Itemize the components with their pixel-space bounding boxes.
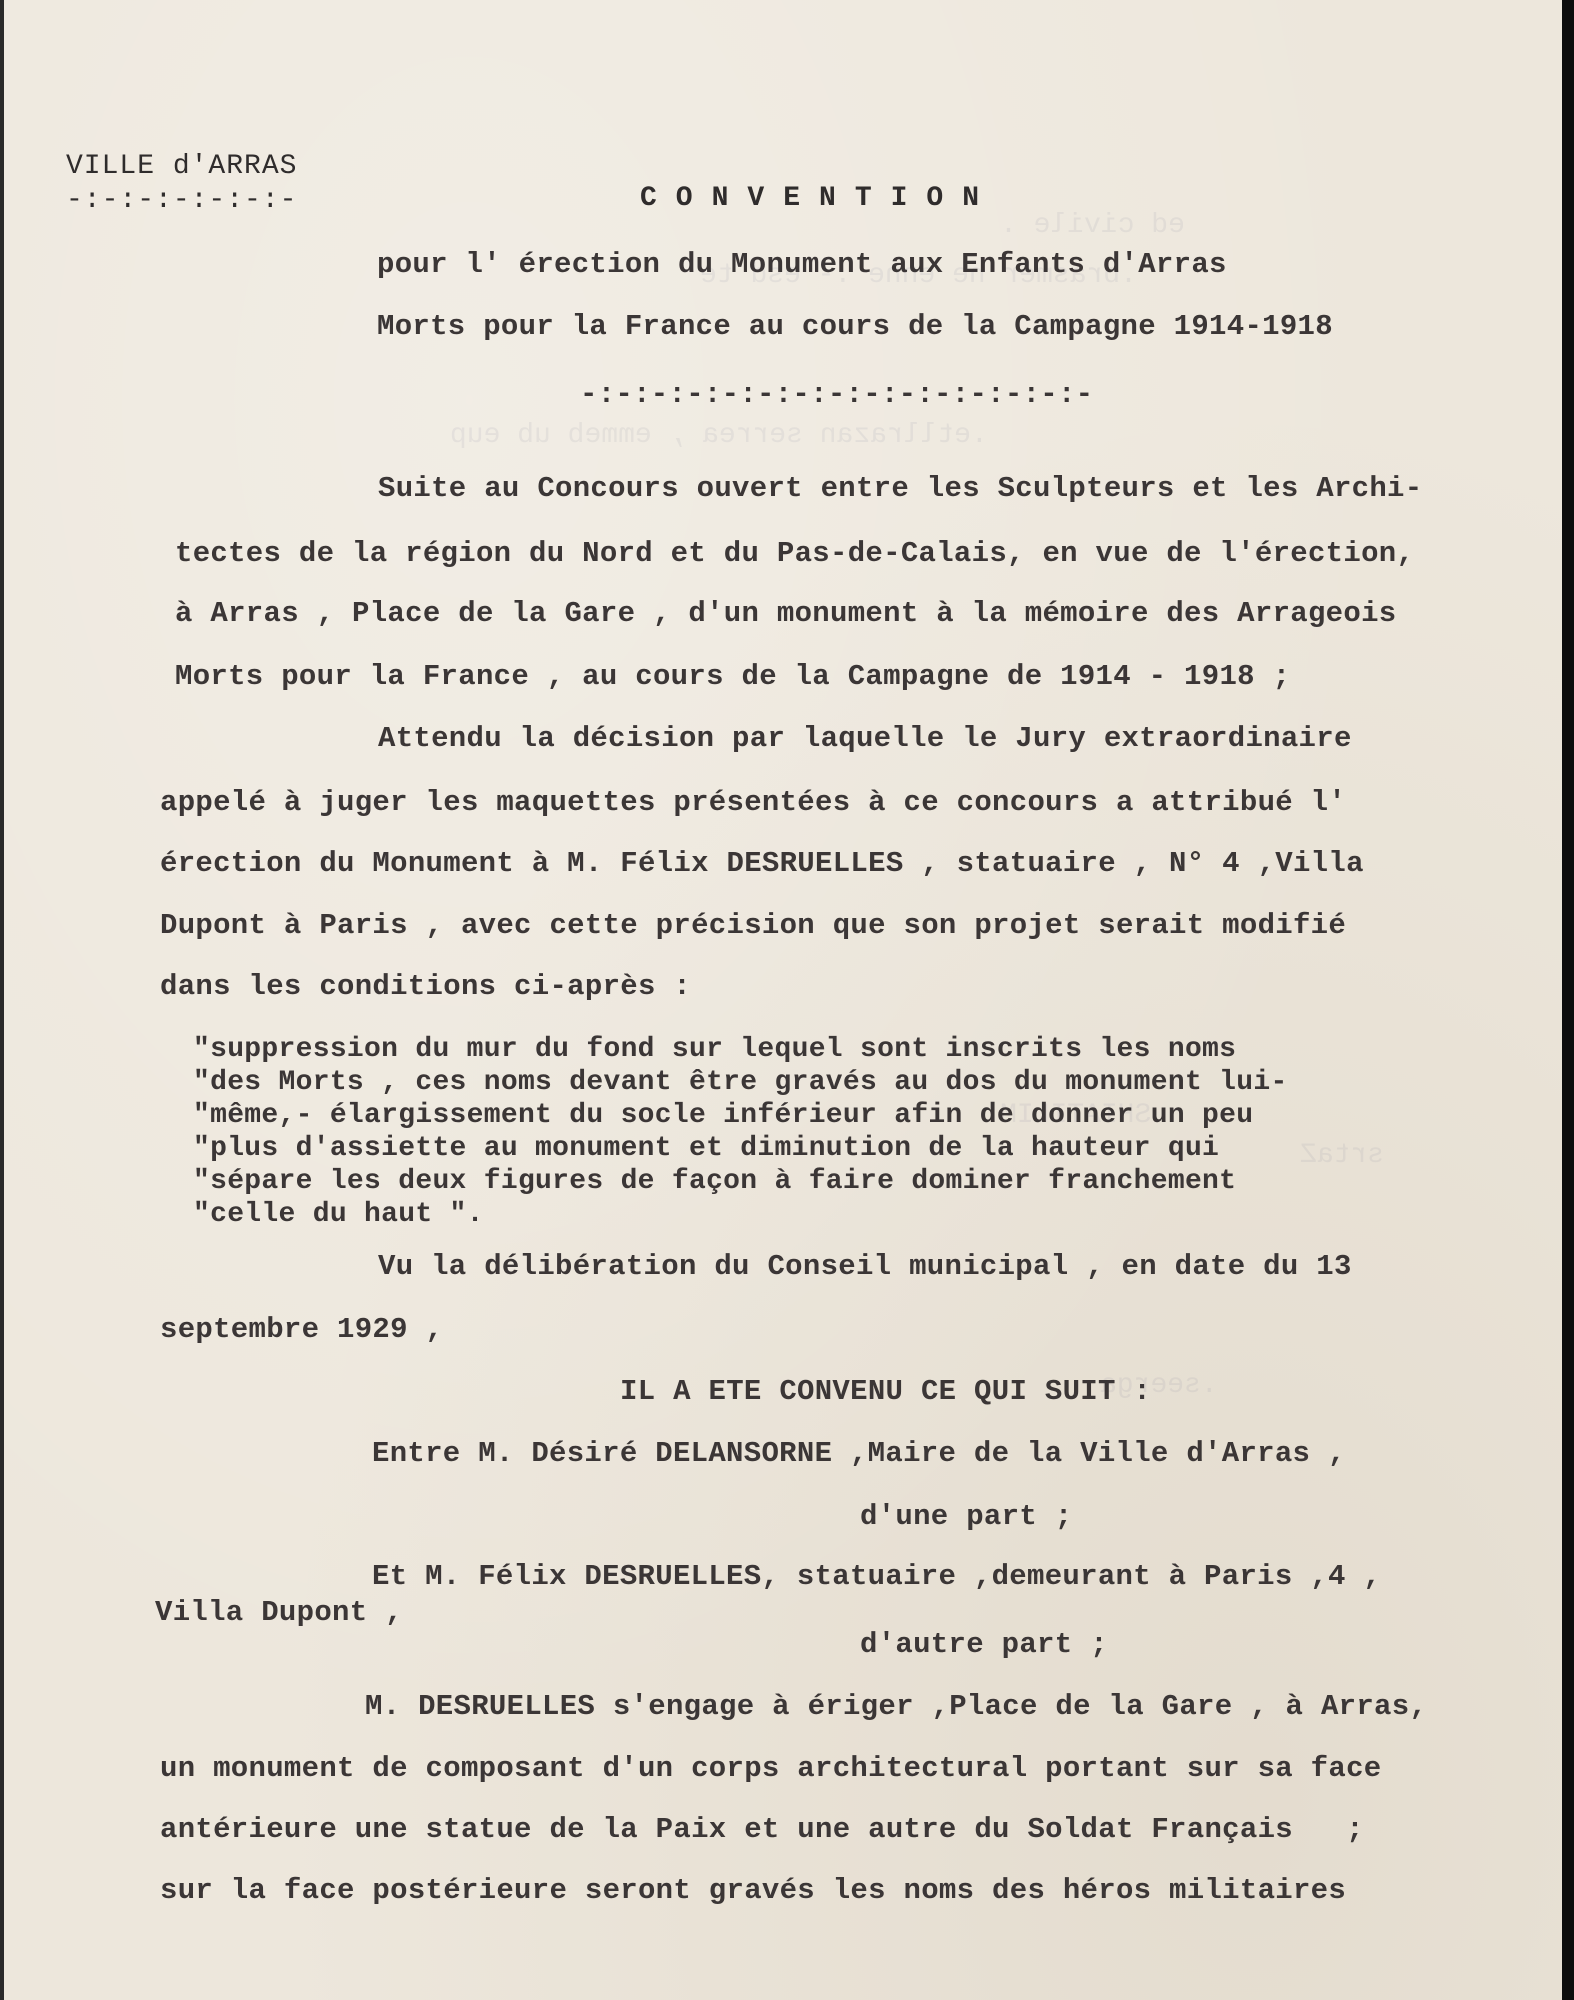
paragraph-4-line: sur la face postérieure seront gravés le…	[160, 1874, 1346, 1908]
paragraph-4-line: M. DESRUELLES s'engage à ériger ,Place d…	[365, 1690, 1427, 1724]
paragraph-1-line: Suite au Concours ouvert entre les Sculp…	[378, 472, 1422, 506]
page-right-edge	[1562, 0, 1574, 2000]
agreement-heading: IL A ETE CONVENU CE QUI SUIT :	[620, 1375, 1151, 1409]
paragraph-1-line: tectes de la région du Nord et du Pas-de…	[175, 537, 1414, 571]
paragraph-4-line: antérieure une statue de la Paix et une …	[160, 1813, 1364, 1847]
quote-line: "même,- élargissement du socle inférieur…	[193, 1099, 1253, 1132]
paragraph-1-line: Morts pour la France , au cours de la Ca…	[175, 660, 1290, 694]
quote-line: "celle du haut ".	[193, 1198, 484, 1231]
paragraph-1-line: à Arras , Place de la Gare , d'un monume…	[175, 597, 1397, 631]
party-2-role: d'autre part ;	[860, 1628, 1108, 1662]
party-1-role: d'une part ;	[860, 1500, 1072, 1534]
show-through-text: .etllrazan serrea , emmeb ub eup	[450, 420, 988, 451]
party-2-line: Villa Dupont ,	[155, 1596, 403, 1630]
quote-line: "suppression du mur du fond sur lequel s…	[193, 1033, 1236, 1066]
paragraph-4-line: un monument de composant d'un corps arch…	[160, 1752, 1382, 1786]
paragraph-2-line: érection du Monument à M. Félix DESRUELL…	[160, 847, 1364, 881]
paragraph-3-line: septembre 1929 ,	[160, 1313, 443, 1347]
show-through-text: srtaZ	[1300, 1140, 1384, 1171]
show-through-text: ed civile .	[1000, 210, 1185, 241]
city-header: VILLE d'ARRAS	[66, 150, 297, 184]
subtitle-rule: -:-:-:-:-:-:-:-:-:-:-:-:-:-:-	[580, 378, 1093, 412]
party-1-line: Entre M. Désiré DELANSORNE ,Maire de la …	[372, 1437, 1346, 1471]
paragraph-2-line: Attendu la décision par laquelle le Jury…	[378, 722, 1352, 756]
quote-line: "sépare les deux figures de façon à fair…	[193, 1165, 1236, 1198]
document-title: CONVENTION	[640, 182, 998, 216]
subtitle-line-2: Morts pour la France au cours de la Camp…	[377, 310, 1333, 344]
paragraph-2-line: dans les conditions ci-après :	[160, 970, 691, 1004]
document-page: ed civile . .brasmer ne enne .- esd te .…	[0, 0, 1564, 2000]
subtitle-line-1: pour l' érection du Monument aux Enfants…	[377, 248, 1227, 282]
page-left-edge	[0, 0, 4, 2000]
quote-line: "des Morts , ces noms devant être gravés…	[193, 1066, 1288, 1099]
paragraph-2-line: Dupont à Paris , avec cette précision qu…	[160, 909, 1346, 943]
paragraph-3-line: Vu la délibération du Conseil municipal …	[378, 1250, 1352, 1284]
quote-line: "plus d'assiette au monument et diminuti…	[193, 1132, 1219, 1165]
party-2-line: Et M. Félix DESRUELLES, statuaire ,demeu…	[372, 1560, 1381, 1594]
city-header-rule: -:-:-:-:-:-:-	[66, 184, 297, 218]
paragraph-2-line: appelé à juger les maquettes présentées …	[160, 786, 1346, 820]
